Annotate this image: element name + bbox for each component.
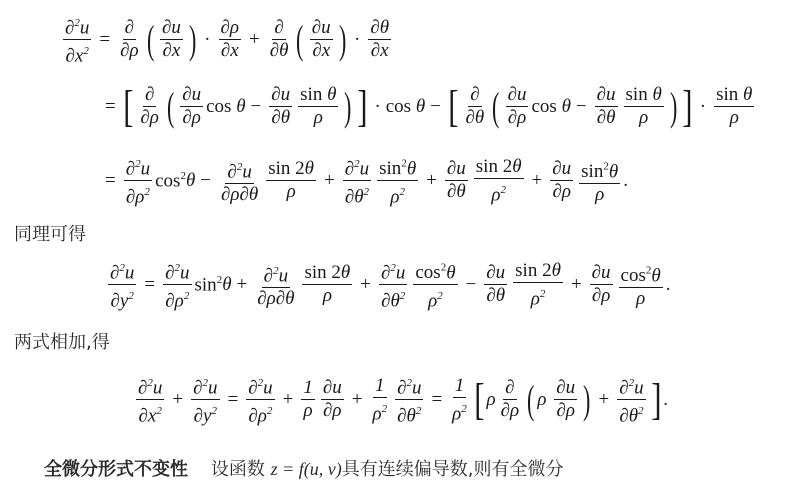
text-add: 两式相加,得 — [14, 328, 110, 354]
text-similarly: 同理可得 — [14, 220, 86, 246]
equation-4: ∂2u∂y2 = ∂2u∂ρ2sin2θ + ∂2u∂ρ∂θ sin 2θρ +… — [105, 257, 670, 313]
section-text-2: 具有连续偏导数,则有全微分 — [342, 459, 564, 480]
equation-1: ∂2u∂x2 = ∂∂ρ (∂u∂x) · ∂ρ∂x + ∂∂θ (∂u∂x) … — [60, 12, 394, 68]
section-formula: z = f(u, v) — [271, 459, 342, 479]
fraction-d-drho: ∂∂ρ — [118, 17, 141, 62]
equation-2: = [ ∂∂ρ ( ∂u∂ρcos θ − ∂u∂θ sin θρ )] ·co… — [100, 84, 757, 129]
fraction-d2u-dx2: ∂2u∂x2 — [63, 12, 91, 68]
section-title: 全微分形式不变性 — [44, 459, 188, 480]
section-line: 全微分形式不变性 设函数 z = f(u, v)具有连续偏导数,则有全微分 — [44, 455, 564, 481]
equation-3: = ∂2u∂ρ2cos2θ − ∂2u∂ρ∂θ sin 2θρ + ∂2u∂θ2… — [100, 153, 628, 209]
equation-5: ∂2u∂x2 + ∂2u∂y2 = ∂2u∂ρ2 + 1ρ ∂u∂ρ + 1ρ2… — [133, 372, 668, 428]
equals-sign: = — [99, 29, 110, 51]
section-text-1: 设函数 — [211, 459, 265, 480]
